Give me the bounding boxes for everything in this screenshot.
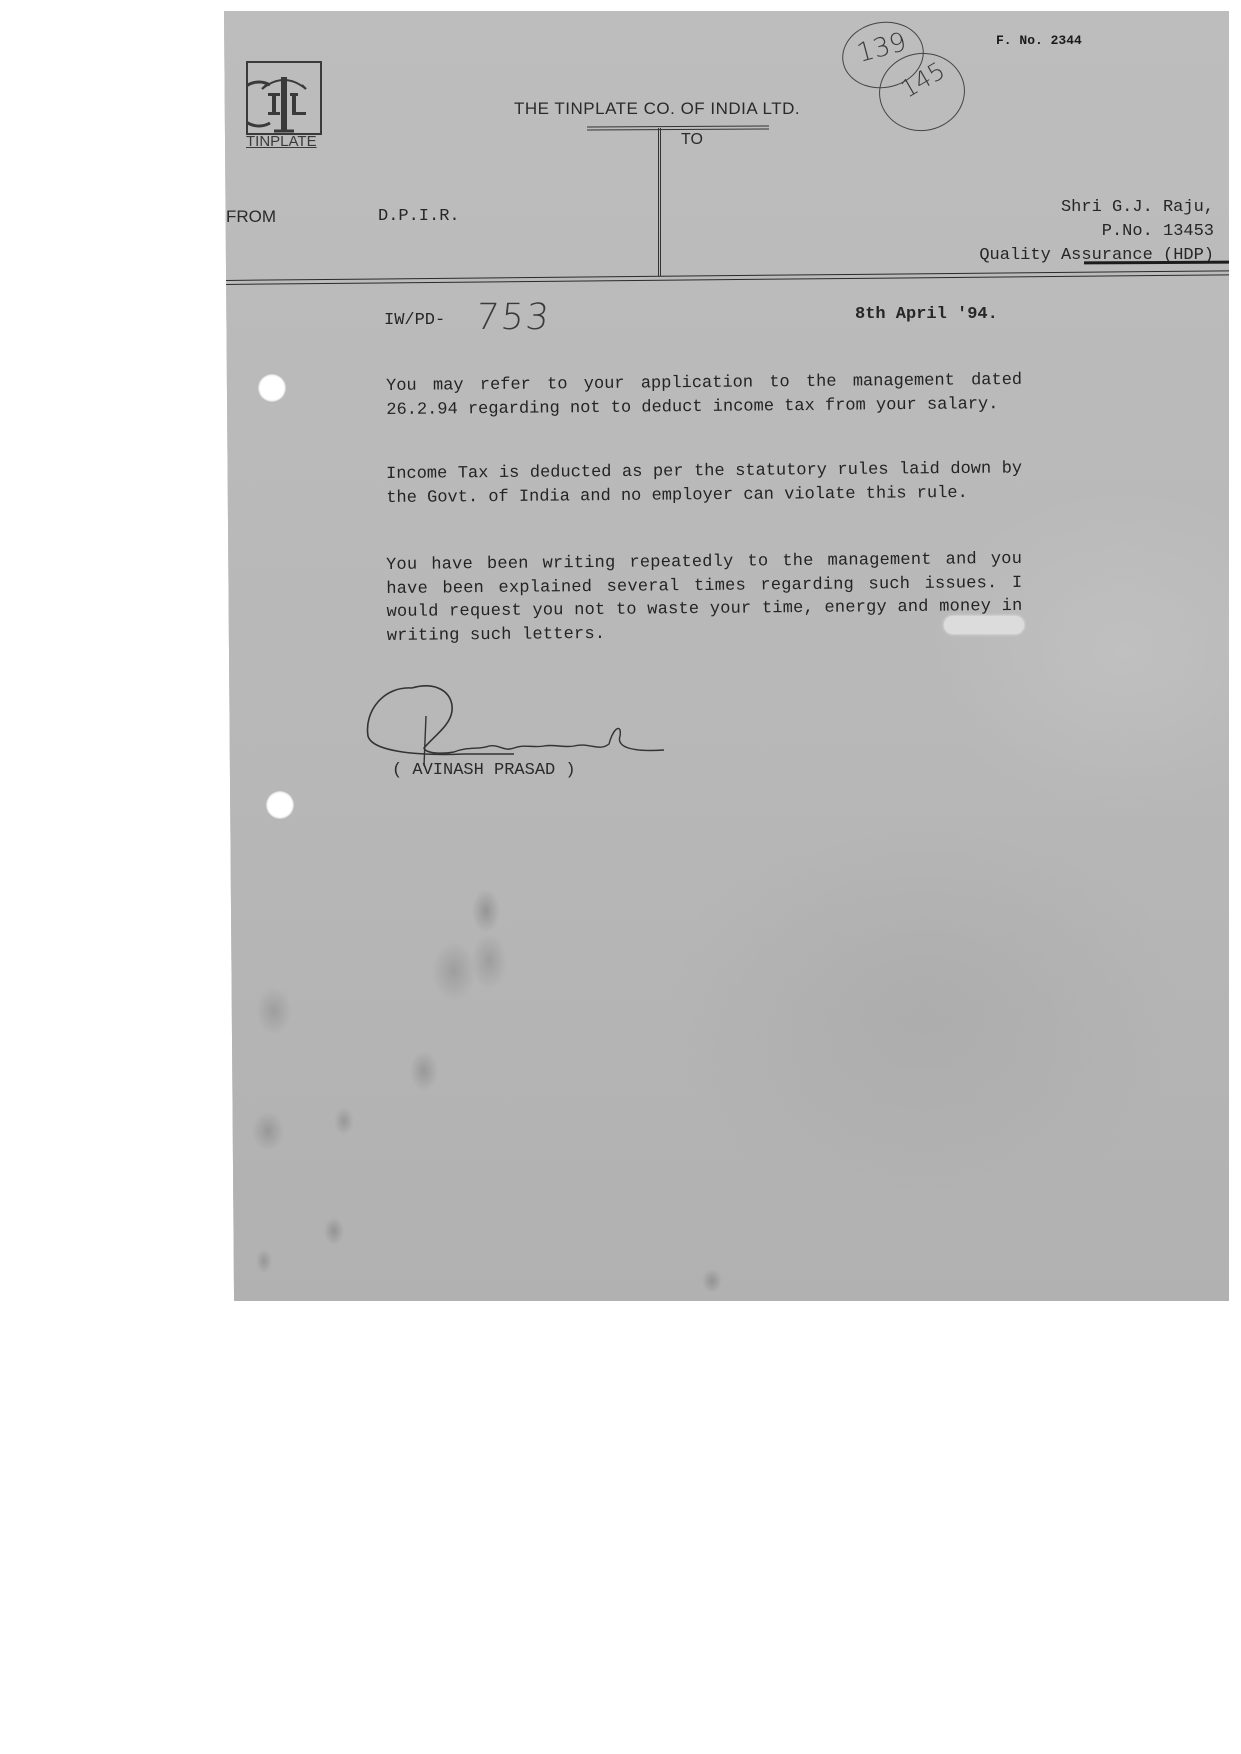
letter-page: F. No. 2344 139 145 TINPLATE THE TINPLAT…	[224, 11, 1229, 1301]
body-paragraph-1: You may refer to your application to the…	[386, 369, 1022, 422]
header-rule	[587, 126, 769, 131]
til-monogram-icon	[248, 63, 320, 133]
letter-date: 8th April '94.	[855, 305, 998, 324]
from-label: FROM	[226, 207, 276, 227]
recipient-name: Shri G.J. Raju,	[979, 196, 1214, 220]
recipient-dept: Quality Assurance (HDP)	[979, 244, 1214, 268]
signature-icon	[354, 666, 694, 766]
signatory-name: ( AVINASH PRASAD )	[392, 761, 576, 780]
body-paragraph-3: You have been writing repeatedly to the …	[386, 548, 1023, 648]
file-number: F. No. 2344	[996, 33, 1082, 48]
to-label: TO	[681, 131, 703, 149]
header-divider	[658, 128, 661, 276]
correction-fluid-mark	[944, 616, 1024, 634]
from-value: D.P.I.R.	[378, 207, 460, 226]
logo-wordmark: TINPLATE	[246, 133, 317, 150]
reference-number: 753	[474, 297, 553, 338]
body-paragraph-2: Income Tax is deducted as per the statut…	[386, 457, 1022, 510]
punch-hole	[266, 791, 294, 819]
reference-prefix: IW/PD-	[384, 311, 445, 330]
recipient-pno: P.No. 13453	[979, 220, 1214, 244]
recipient-address: Shri G.J. Raju, P.No. 13453 Quality Assu…	[979, 196, 1214, 268]
company-name: THE TINPLATE CO. OF INDIA LTD.	[514, 99, 800, 119]
punch-hole	[258, 374, 286, 402]
company-logo	[246, 61, 322, 135]
